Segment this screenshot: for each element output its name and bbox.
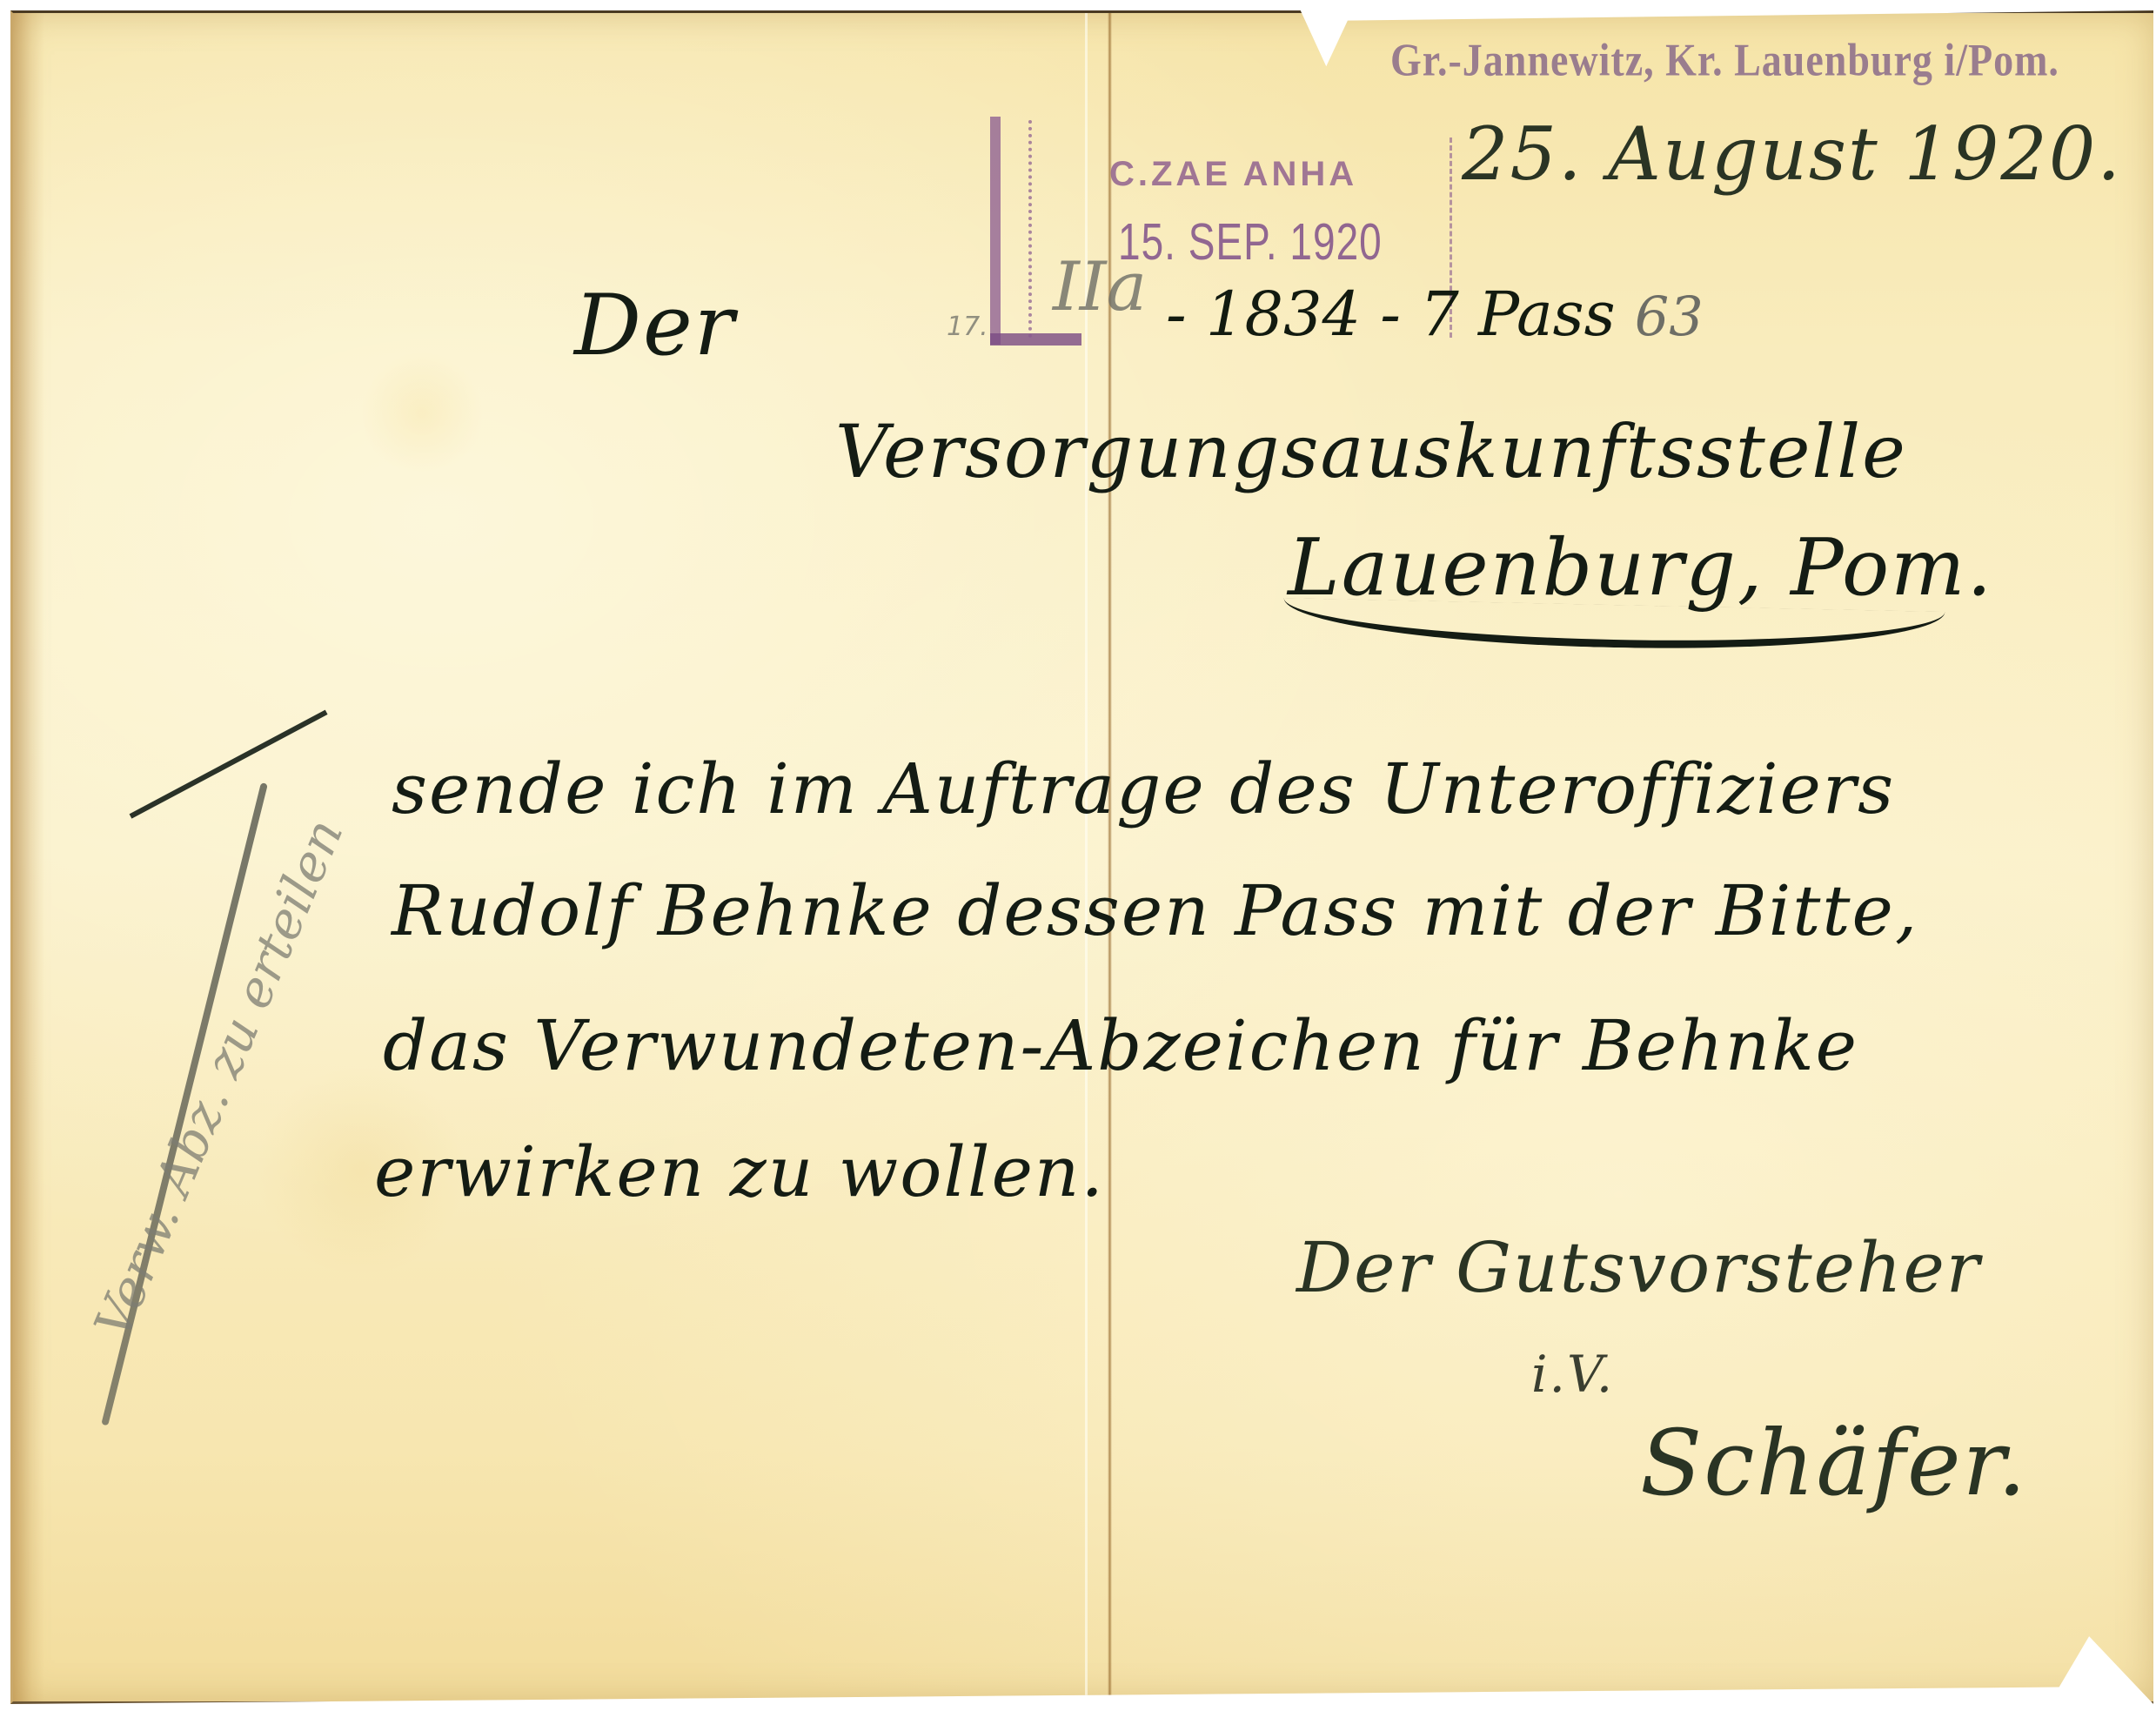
- body-line: das Verwundeten-Abzeichen für Behnke: [383, 1005, 1858, 1086]
- stamp-bracket-left: [990, 117, 1001, 345]
- stamp-dotted-line: [1028, 120, 1035, 338]
- stamp-received-date: 15. SEP. 1920: [1118, 211, 1383, 272]
- salutation: Der: [574, 277, 736, 374]
- body-line: erwirken zu wollen.: [374, 1131, 1105, 1212]
- letter-date: 25. August 1920.: [1462, 111, 2122, 197]
- ink-reference: - 1834 - 7 Pass: [1166, 278, 1616, 350]
- pencil-number: 17.: [947, 312, 988, 342]
- closing-title: Der Gutsvorsteher: [1296, 1227, 1981, 1308]
- stamp-top-text: C.ZAE ANHA: [1109, 155, 1357, 194]
- pencil-reference-suffix: 63: [1635, 285, 1704, 348]
- signature: Schäfer.: [1640, 1410, 2028, 1516]
- body-line: Rudolf Behnke dessen Pass mit der Bitte,: [392, 870, 1918, 951]
- on-behalf-mark: i.V.: [1531, 1345, 1614, 1404]
- pencil-file-mark: IIa: [1053, 248, 1147, 326]
- sender-address-stamp: Gr.-Jannewitz, Kr. Lauenburg i/Pom.: [1390, 33, 2059, 86]
- recipient-office: Versorgungsauskunftsstelle: [835, 409, 1907, 494]
- stamp-bracket-bottom: [990, 333, 1081, 346]
- body-line: sende ich im Auftrage des Unteroffiziers: [392, 748, 1895, 829]
- file-reference-number: - 1834 - 7 Pass 63: [1166, 278, 1704, 350]
- paper-edge-stain: [13, 13, 44, 1701]
